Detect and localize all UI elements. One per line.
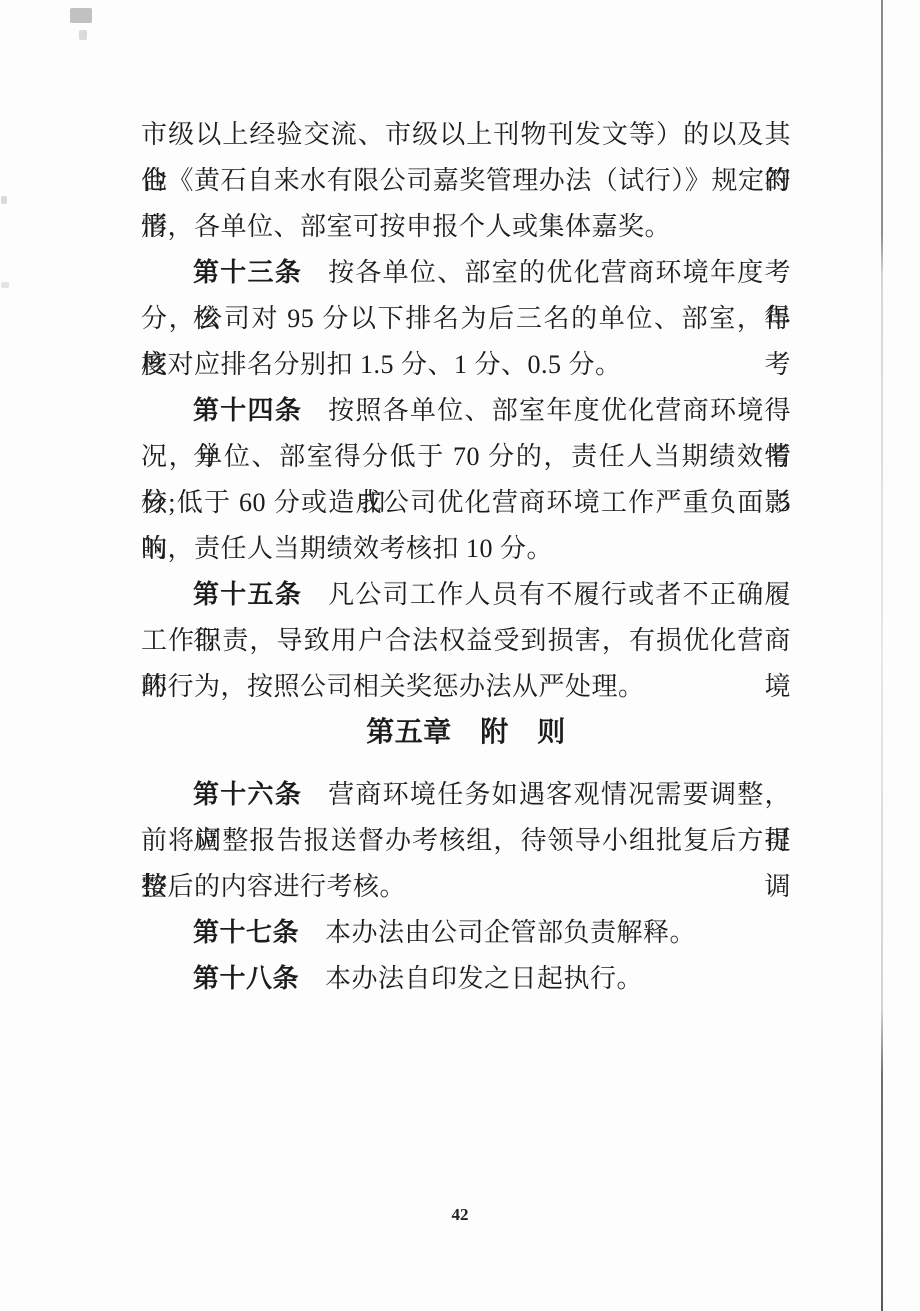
chapter-heading: 第五章 附 则 bbox=[141, 710, 791, 756]
line-text: 形，各单位、部室可按申报个人或集体嘉奖。 bbox=[141, 212, 671, 241]
document-line: 前将调整报告报送督办考核组，待领导小组批复后方可按调 bbox=[141, 818, 791, 864]
document-body: 市级以上经验交流、市级以上刊物刊发文等）的以及其他符合《黄石自来水有限公司嘉奖管… bbox=[141, 112, 791, 1002]
document-line: 合《黄石自来水有限公司嘉奖管理办法（试行）》规定的情 bbox=[141, 158, 791, 204]
article-term: 第十七条 bbox=[193, 918, 299, 947]
article-term: 第十五条 bbox=[193, 580, 302, 609]
document-line: 第十八条本办法自印发之日起执行。 bbox=[141, 956, 791, 1002]
scan-artifact-speck bbox=[1, 196, 7, 204]
line-text: 本办法由公司企管部负责解释。 bbox=[325, 918, 696, 947]
document-line: 的，责任人当期绩效考核扣 10 分。 bbox=[141, 526, 791, 572]
document-line: 第十三条按各单位、部室的优化营商环境年度考核得 bbox=[141, 250, 791, 296]
document-line: 市级以上经验交流、市级以上刊物刊发文等）的以及其他符 bbox=[141, 112, 791, 158]
document-line: 分，公司对 95 分以下排名为后三名的单位、部室，年度考 bbox=[141, 296, 791, 342]
document-page: 市级以上经验交流、市级以上刊物刊发文等）的以及其他符合《黄石自来水有限公司嘉奖管… bbox=[0, 0, 920, 1311]
line-text: 的行为，按照公司相关奖惩办法从严处理。 bbox=[141, 672, 645, 701]
line-text: 的，责任人当期绩效考核扣 10 分。 bbox=[141, 534, 553, 563]
scan-artifact-line bbox=[881, 0, 883, 1311]
document-line: 分;低于 60 分或造成公司优化营商环境工作严重负面影响 bbox=[141, 480, 791, 526]
article-term: 第十八条 bbox=[193, 964, 299, 993]
document-line: 工作职责，导致用户合法权益受到损害，有损优化营商环境 bbox=[141, 618, 791, 664]
article-term: 第十四条 bbox=[193, 396, 302, 425]
scan-artifact-speck bbox=[70, 8, 92, 23]
scan-artifact-speck bbox=[1, 282, 9, 288]
document-line: 第十六条营商环境任务如遇客观情况需要调整，应提 bbox=[141, 772, 791, 818]
document-line: 况，单位、部室得分低于 70 分的，责任人当期绩效考核扣 5 bbox=[141, 434, 791, 480]
document-line: 第十七条本办法由公司企管部负责解释。 bbox=[141, 910, 791, 956]
line-text: 核对应排名分别扣 1.5 分、1 分、0.5 分。 bbox=[141, 350, 622, 379]
article-term: 第十六条 bbox=[193, 780, 302, 809]
document-line: 第十五条凡公司工作人员有不履行或者不正确履行 bbox=[141, 572, 791, 618]
document-line: 形，各单位、部室可按申报个人或集体嘉奖。 bbox=[141, 204, 791, 250]
page-number: 42 bbox=[0, 1205, 920, 1225]
document-line: 第十四条按照各单位、部室年度优化营商环境得分情 bbox=[141, 388, 791, 434]
scan-artifact-speck bbox=[79, 30, 87, 40]
line-text: 本办法自印发之日起执行。 bbox=[325, 964, 643, 993]
line-text: 整后的内容进行考核。 bbox=[141, 872, 406, 901]
article-term: 第十三条 bbox=[193, 258, 302, 287]
line-text: 第五章 附 则 bbox=[366, 717, 566, 748]
